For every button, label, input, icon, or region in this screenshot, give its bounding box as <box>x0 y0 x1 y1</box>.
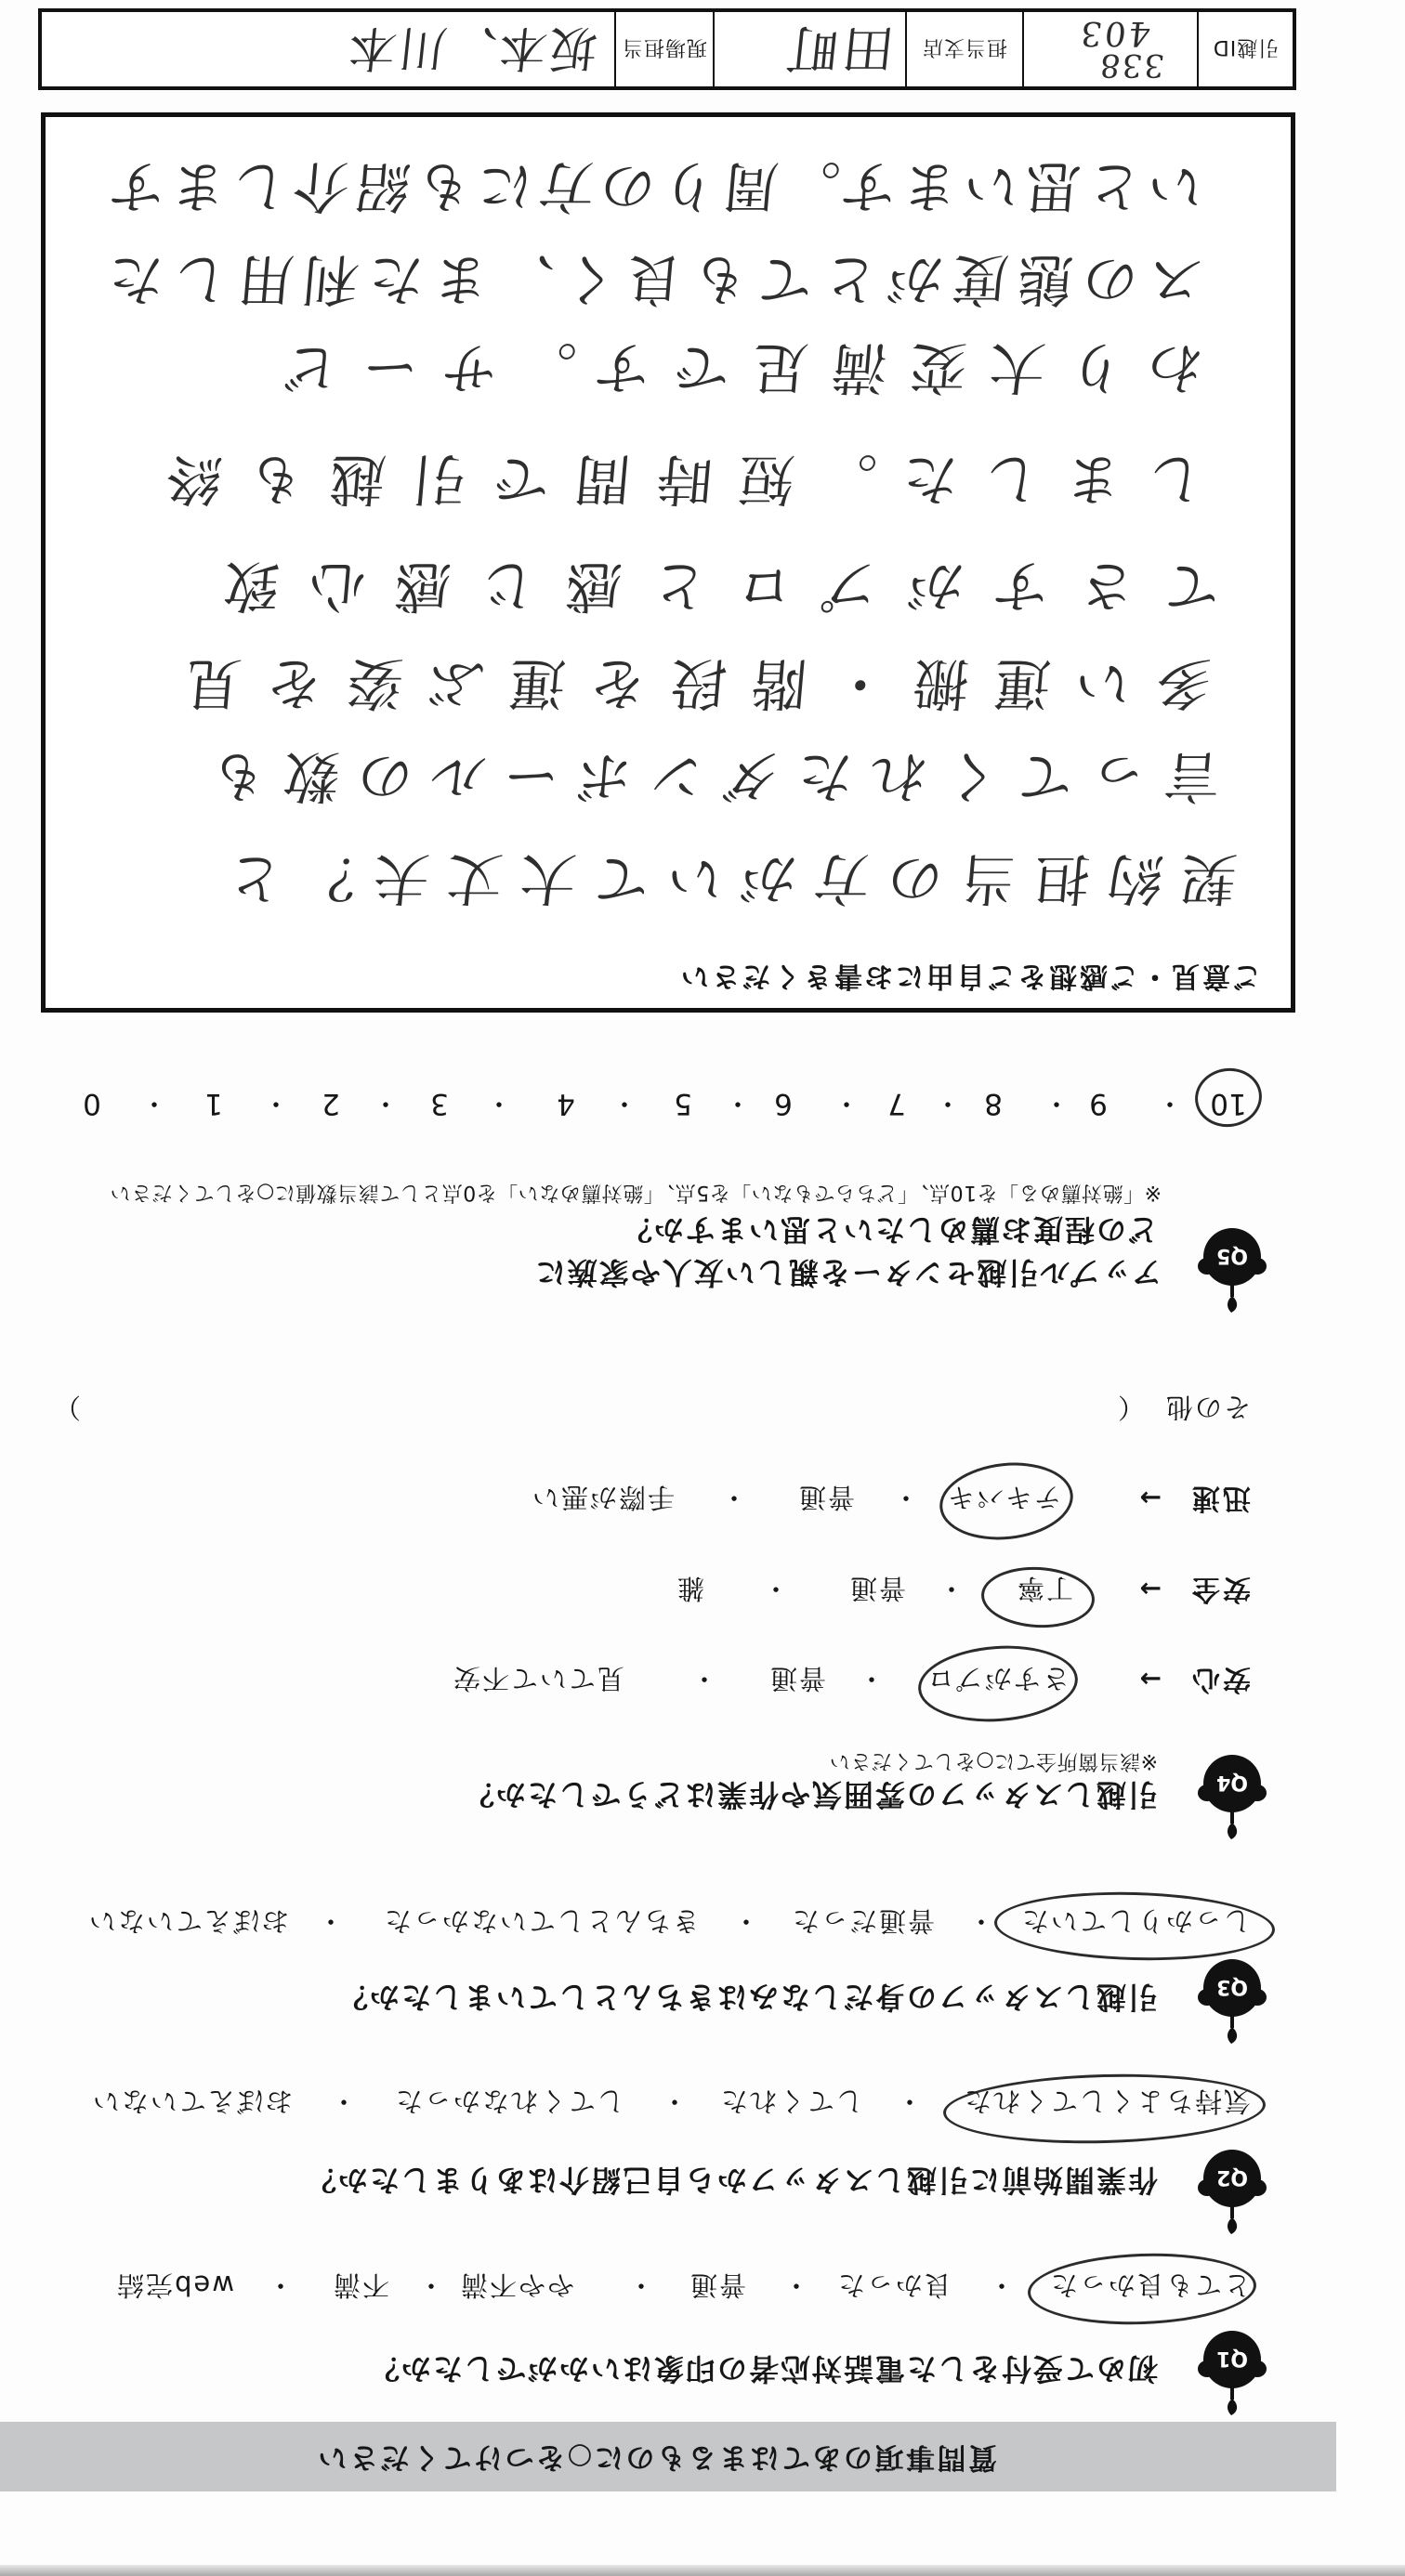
q4-question: 引越しスタッフの雰囲気や作業はどうでしたか？ <box>463 1776 1158 1813</box>
q4-other-label: その他 <box>1164 1389 1251 1426</box>
arrow-right-icon: → <box>1140 1570 1162 1607</box>
q5-question-line1: アップル引越センターを親しい友人や家族に <box>534 1254 1162 1291</box>
q1-option-dissatisfied: 不満 <box>332 2267 389 2304</box>
separator-dot: ・ <box>1043 1085 1070 1122</box>
q4-reassurance-option-professional: さすがプロ <box>926 1660 1070 1697</box>
separator-dot: ・ <box>967 1903 995 1940</box>
q2-option-yes: してくれた <box>719 2083 863 2120</box>
separator-dot: ・ <box>262 1085 290 1122</box>
separator-dot: ・ <box>782 2267 810 2304</box>
separator-dot: ・ <box>485 1085 513 1122</box>
scan-edge-shadow <box>0 2565 1405 2576</box>
field-staff-label: 現場担当 <box>614 12 713 86</box>
field-staff-value-cell: 坂本、川本 <box>42 12 614 86</box>
q4-safety-option-rough: 雑 <box>676 1570 704 1607</box>
q5-scale-6: 6 <box>765 1085 802 1122</box>
q5-note: ※「絶対薦める」を10点、「どちらでもない」を5点、「絶対薦めない」を0点として… <box>110 1178 1162 1206</box>
q4-row-label-reassurance: 安心 <box>1189 1660 1251 1697</box>
q1-option-web-complete: web完結 <box>115 2267 234 2304</box>
svg-text:Q1: Q1 <box>1216 2347 1248 2370</box>
q4-safety-option-careful: 丁寧 <box>1016 1570 1073 1607</box>
separator-dot: ・ <box>732 1903 760 1940</box>
q1-apple-badge-icon: Q1 <box>1195 2326 1269 2415</box>
separator-dot: ・ <box>1156 1085 1184 1122</box>
svg-text:Q4: Q4 <box>1216 1771 1248 1794</box>
separator-dot: ・ <box>762 1570 790 1607</box>
instructions-banner: 質問事項のあてはまるものに○をつけてください <box>0 2422 1336 2491</box>
separator-dot: ・ <box>720 1479 748 1516</box>
handwritten-comment-line: しました。短時間で引越も終 <box>138 441 1207 516</box>
q3-option-dont-remember: おぼえていない <box>87 1903 289 1940</box>
separator-dot: ・ <box>833 1085 860 1122</box>
q4-safety-option-normal: 普通 <box>848 1570 906 1607</box>
q2-option-no: してくれなかった <box>394 2083 624 2120</box>
survey-form-page-rotated: 質問事項のあてはまるものに○をつけてください Q1 初めて受付をした電話対応者の… <box>0 0 1405 2576</box>
handwritten-comment-line: スの態度がとても良く、また利用した <box>96 242 1207 316</box>
q4-apple-badge-icon: Q4 <box>1195 1750 1269 1839</box>
q4-other-open-paren: （ <box>1116 1389 1145 1426</box>
q2-apple-badge-icon: Q2 <box>1195 2145 1269 2234</box>
move-id-value-line1: 338 <box>1096 49 1165 81</box>
separator-dot: ・ <box>858 1660 886 1697</box>
separator-dot: ・ <box>892 1479 920 1516</box>
separator-dot: ・ <box>938 1570 965 1607</box>
branch-value-cell: 田町 <box>713 12 905 86</box>
q3-question: 引越しスタッフの身だしなみはきちんとしていましたか？ <box>336 1979 1158 2016</box>
move-id-value-cell: 338 403 <box>1022 12 1197 86</box>
handwritten-comment-line: 契約担当の方がいて大丈夫？と <box>206 841 1241 915</box>
q4-speed-option-brisk: テキパキ <box>946 1479 1061 1516</box>
svg-text:Q2: Q2 <box>1216 2165 1248 2189</box>
comments-label: ご意見・ご感想をご自由にお書きください <box>678 957 1261 994</box>
branch-label: 担当支店 <box>905 12 1022 86</box>
instructions-text: 質問事項のあてはまるものに○をつけてください <box>316 2439 997 2476</box>
q1-option-somewhat-dissatisfied: やや不満 <box>459 2267 574 2304</box>
svg-text:Q3: Q3 <box>1216 1975 1248 1998</box>
arrow-right-icon: → <box>1140 1660 1162 1697</box>
q4-reassurance-option-normal: 普通 <box>768 1660 826 1697</box>
separator-dot: ・ <box>627 2267 655 2304</box>
separator-dot: ・ <box>417 2267 445 2304</box>
q1-option-good: 良かった <box>836 2267 952 2304</box>
separator-dot: ・ <box>690 1660 718 1697</box>
separator-dot: ・ <box>934 1085 962 1122</box>
move-info-table: 引越ID 338 403 担当支店 田町 現場担当 坂本、川本 <box>38 8 1296 90</box>
q5-scale-5: 5 <box>664 1085 702 1122</box>
separator-dot: ・ <box>140 1085 168 1122</box>
arrow-right-icon: → <box>1140 1479 1162 1516</box>
q3-option-normal: 普通だった <box>791 1903 935 1940</box>
q3-apple-badge-icon: Q3 <box>1195 1955 1269 2044</box>
q2-option-dont-remember: おぼえていない <box>91 2083 293 2120</box>
handwritten-comment-line: てさすがプロと感じ感心致 <box>191 548 1224 622</box>
q5-scale-3: 3 <box>421 1085 458 1122</box>
handwritten-comment-line: わり大変満足です。サービ <box>256 330 1206 404</box>
q2-question: 作業開始前に引越しスタッフから自己紹介はありましたか？ <box>305 2162 1158 2199</box>
q3-option-neat: しっかりしていた <box>1020 1903 1251 1940</box>
q5-scale-0: 0 <box>73 1085 111 1122</box>
q4-speed-option-clumsy: 手際が悪い <box>531 1479 675 1516</box>
q5-scale-9: 9 <box>1080 1085 1117 1122</box>
q5-question-line2: どの程度お薦めしたいと思いますか？ <box>621 1211 1158 1249</box>
q4-speed-option-normal: 普通 <box>797 1479 855 1516</box>
svg-text:Q5: Q5 <box>1216 1244 1248 1267</box>
handwritten-comment-line: いと思います。周りの方にも紹介します <box>100 149 1206 223</box>
q4-reassurance-option-anxious: 見ていて不安 <box>452 1660 624 1697</box>
separator-dot: ・ <box>330 2083 358 2120</box>
move-id-value-line2: 403 <box>1076 16 1152 49</box>
q1-question: 初めて受付をした電話対応者の印象はいかがでしたか？ <box>368 2350 1158 2387</box>
q5-scale-1: 1 <box>195 1085 232 1122</box>
comments-box: ご意見・ご感想をご自由にお書きください 契約担当の方がいて大丈夫？と 言ってくれ… <box>41 112 1295 1013</box>
q1-option-very-good: とても良かった <box>1049 2267 1251 2304</box>
separator-dot: ・ <box>372 1085 400 1122</box>
q3-option-not-neat: きちんとしていなかった <box>383 1903 700 1940</box>
q5-scale-2: 2 <box>312 1085 349 1122</box>
q2-option-pleasantly: 気持ちよくしてくれた <box>963 2083 1251 2120</box>
q4-note: ※該当箇所全てに○をしてください <box>829 1746 1158 1774</box>
q4-row-label-speed: 迅速 <box>1189 1479 1251 1516</box>
q5-scale-8: 8 <box>975 1085 1012 1122</box>
q5-apple-badge-icon: Q5 <box>1195 1223 1269 1313</box>
separator-dot: ・ <box>896 2083 924 2120</box>
handwritten-comment-line: 多い運搬・階段を運ぶ姿を見 <box>158 646 1215 720</box>
q1-option-normal: 普通 <box>689 2267 746 2304</box>
handwritten-comment-line: 言ってくれたダンボールの数も <box>190 739 1223 813</box>
separator-dot: ・ <box>988 2267 1016 2304</box>
separator-dot: ・ <box>267 2267 295 2304</box>
branch-value: 田町 <box>781 18 899 77</box>
q5-scale-10: 10 <box>1210 1085 1247 1122</box>
field-staff-value: 坂本、川本 <box>344 20 600 75</box>
q5-scale-4: 4 <box>547 1085 584 1122</box>
separator-dot: ・ <box>661 2083 689 2120</box>
q4-other-close-paren: ） <box>52 1389 81 1426</box>
separator-dot: ・ <box>611 1085 638 1122</box>
move-id-label: 引越ID <box>1197 12 1293 86</box>
q4-row-label-safety: 安全 <box>1189 1570 1251 1607</box>
separator-dot: ・ <box>724 1085 752 1122</box>
q5-scale-7: 7 <box>878 1085 915 1122</box>
separator-dot: ・ <box>317 1903 345 1940</box>
